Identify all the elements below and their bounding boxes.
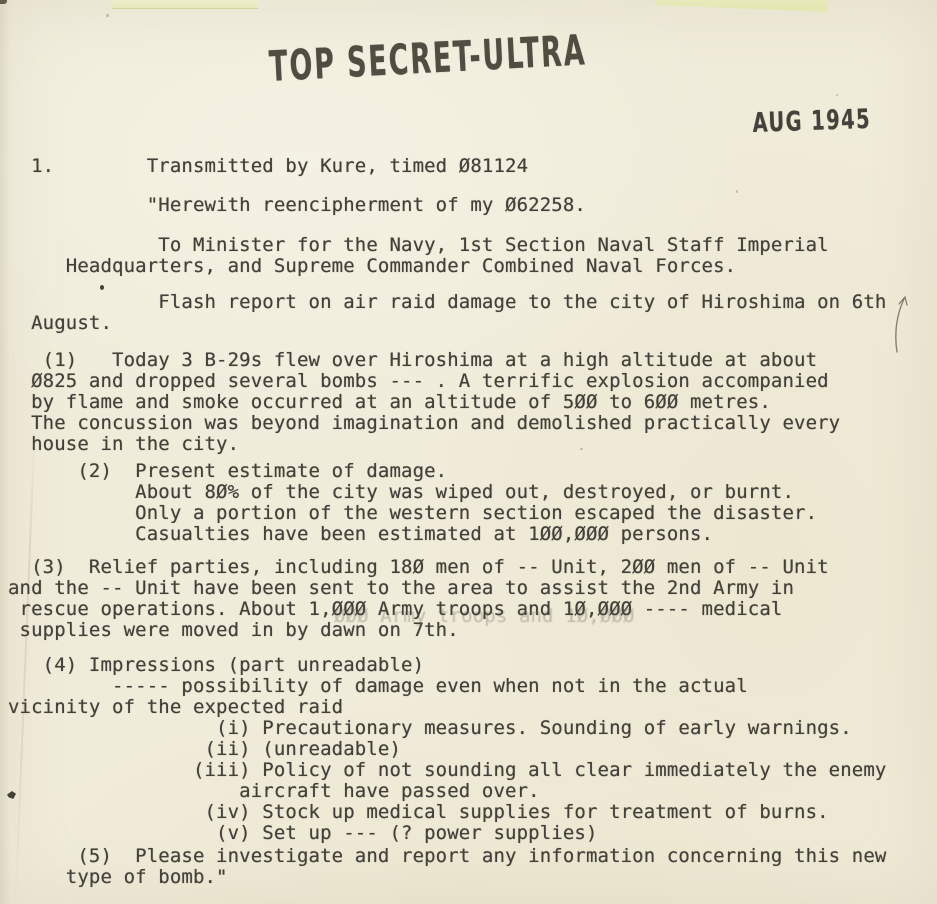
para-point-2: (2) Present estimate of damage. About 8Ø…: [8, 461, 817, 545]
para-flash-report: Flash report on air raid damage to the c…: [8, 292, 886, 334]
para-point-3: (3) Relief parties, including 18Ø men of…: [8, 557, 829, 641]
para-transmittal: 1. Transmitted by Kure, timed Ø81124: [8, 156, 528, 177]
scanned-document-page: TOP SECRET-ULTRA AUG 1945 1. Transmitted…: [0, 0, 937, 904]
paper-tab-top-right: [655, 0, 828, 13]
para-point-5: (5) Please investigate and report any in…: [8, 846, 886, 888]
para-point-1: (1) Today 3 B-29s flew over Hiroshima at…: [8, 350, 840, 455]
overstrike-ghost-text: ØØØ Army troops and 1Ø,ØØØ: [334, 606, 635, 627]
paper-tab-top-left: [112, 0, 258, 9]
classification-stamp: TOP SECRET-ULTRA: [268, 25, 587, 91]
paper-speck: [736, 190, 738, 193]
date-received-stamp: AUG 1945: [752, 104, 872, 139]
paper-speck: [836, 94, 838, 96]
para-reencipherment: "Herewith reencipherment of my Ø62258.: [8, 195, 586, 216]
handwritten-pen-mark: [886, 290, 912, 368]
para-point-4: (4) Impressions (part unreadable) ----- …: [8, 655, 886, 844]
stray-ink-dot: [100, 285, 104, 290]
paper-speck: [106, 14, 109, 17]
corner-ink-smudge: [0, 0, 7, 4]
para-addressees: To Minister for the Navy, 1st Section Na…: [8, 235, 829, 277]
